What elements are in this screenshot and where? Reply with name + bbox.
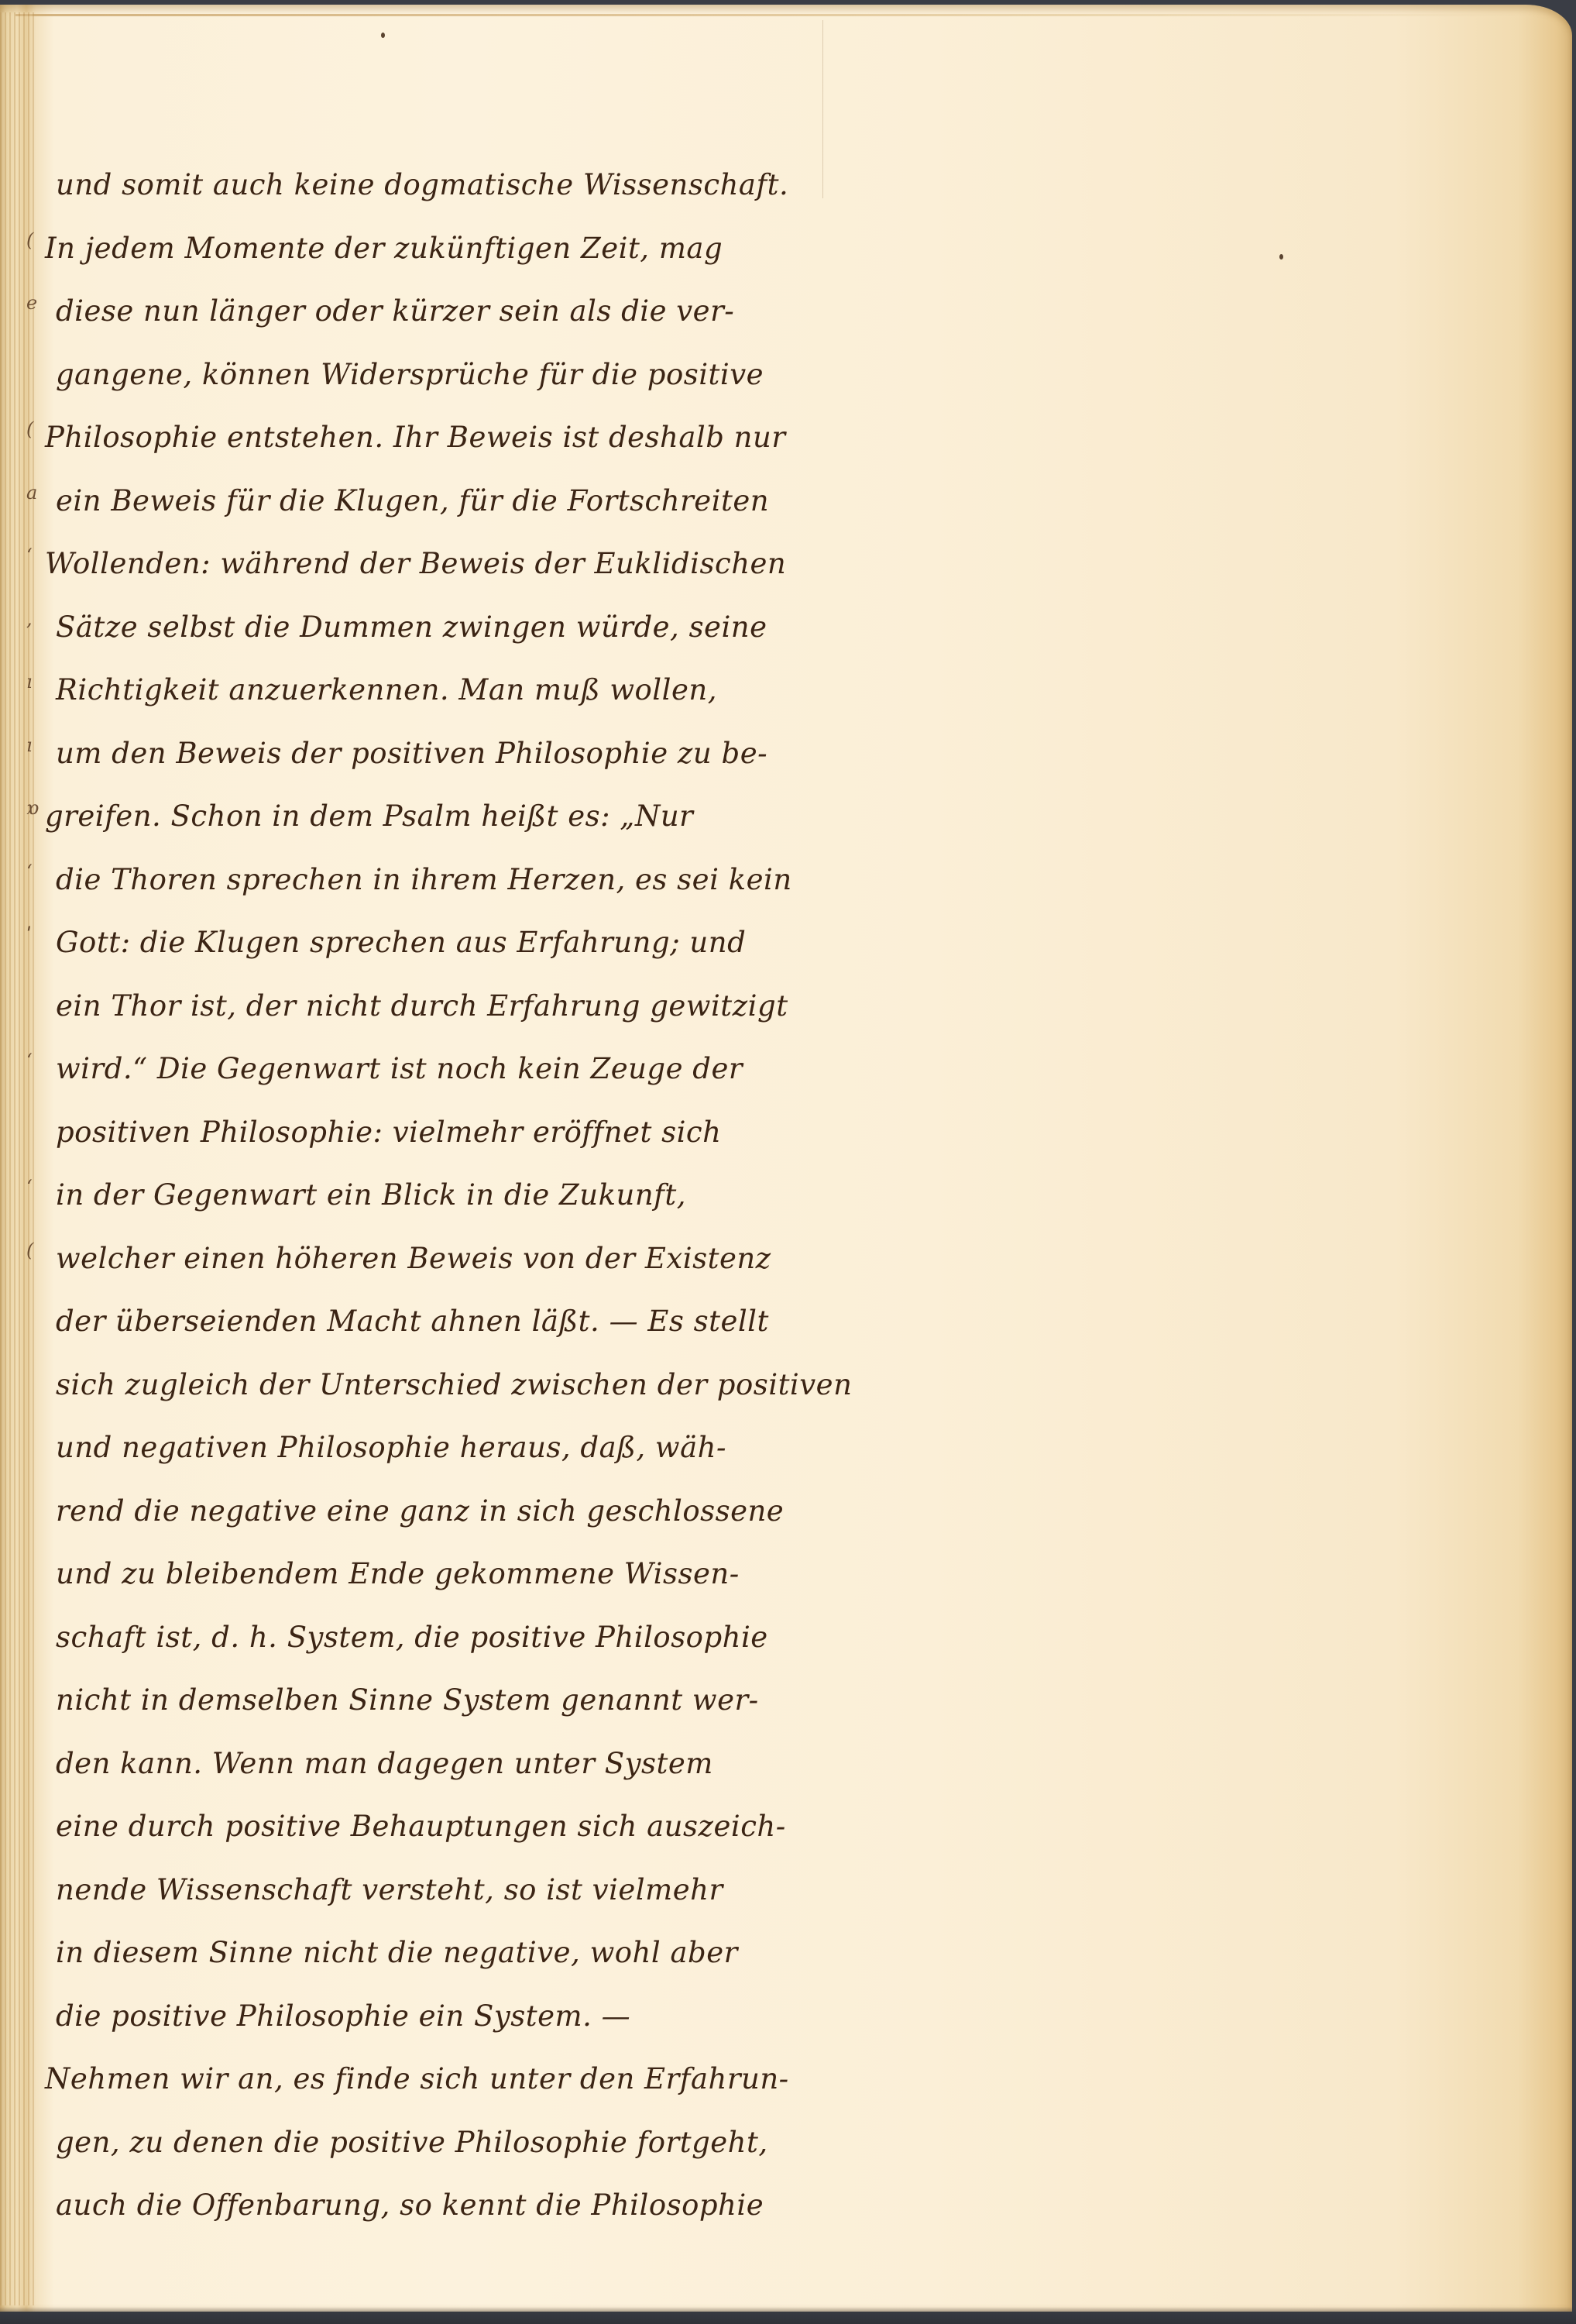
- manuscript-line: die Thoren sprechen in ihrem Herzen, es …: [45, 848, 843, 912]
- manuscript-line: und zu bleibendem Ende gekommene Wissen-: [45, 1542, 843, 1606]
- manuscript-line: ein Beweis für die Klugen, für die Forts…: [45, 469, 843, 533]
- manuscript-line: schaft ist, d. h. System, die positive P…: [45, 1606, 843, 1669]
- manuscript-line: Philosophie entstehen. Ihr Beweis ist de…: [45, 406, 843, 469]
- margin-bleed-mark: ˈ: [26, 923, 32, 945]
- manuscript-line: nicht in demselben Sinne System genannt …: [45, 1669, 843, 1732]
- manuscript-line: rend die negative eine ganz in sich gesc…: [45, 1480, 843, 1543]
- margin-bleed-mark: ,: [26, 608, 33, 630]
- margin-bleed-mark: ‘: [26, 1050, 33, 1071]
- margin-bleed-mark: ‘: [26, 545, 33, 566]
- manuscript-line: um den Beweis der positiven Philosophie …: [45, 722, 843, 786]
- manuscript-line: den kann. Wenn man dagegen unter System: [45, 1732, 843, 1796]
- manuscript-line: die positive Philosophie ein System. —: [45, 1985, 843, 2048]
- margin-bleed-mark: ‘: [26, 1176, 33, 1198]
- manuscript-line: greifen. Schon in dem Psalm heißt es: „N…: [45, 785, 843, 848]
- manuscript-line: eine durch positive Behauptungen sich au…: [45, 1795, 843, 1858]
- manuscript-scan: (e(a‘,ııɒ‘ˈ‘‘( und somit auch keine dogm…: [0, 0, 1576, 2324]
- manuscript-line: nende Wissenschaft versteht, so ist viel…: [45, 1858, 843, 1922]
- manuscript-line: der überseienden Macht ahnen läßt. — Es …: [45, 1290, 843, 1353]
- manuscript-line: und negativen Philosophie heraus, daß, w…: [45, 1416, 843, 1480]
- margin-bleed-mark: ‘: [26, 861, 33, 882]
- manuscript-line: sich zugleich der Unterschied zwischen d…: [45, 1353, 843, 1417]
- manuscript-line: In jedem Momente der zukünftigen Zeit, m…: [45, 217, 843, 280]
- page-spine-edge: [0, 12, 34, 2305]
- manuscript-line: Nehmen wir an, es finde sich unter den E…: [45, 2047, 843, 2111]
- ink-speck: [381, 33, 385, 38]
- manuscript-line: Wollenden: während der Beweis der Euklid…: [45, 532, 843, 596]
- manuscript-line: welcher einen höheren Beweis von der Exi…: [45, 1227, 843, 1291]
- margin-bleed-mark: (: [26, 229, 33, 251]
- manuscript-line: Gott: die Klugen sprechen aus Erfahrung;…: [45, 911, 843, 975]
- manuscript-page: (e(a‘,ııɒ‘ˈ‘‘( und somit auch keine dogm…: [0, 5, 1572, 2312]
- margin-bleed-mark: a: [26, 482, 37, 504]
- ink-speck: [1279, 254, 1283, 260]
- margin-bleed-mark: (: [26, 418, 33, 440]
- manuscript-line: und somit auch keine dogmatische Wissens…: [45, 153, 843, 217]
- handwritten-text-block: und somit auch keine dogmatische Wissens…: [45, 153, 843, 2237]
- manuscript-line: in diesem Sinne nicht die negative, wohl…: [45, 1921, 843, 1985]
- manuscript-line: wird.“ Die Gegenwart ist noch kein Zeuge…: [45, 1037, 843, 1101]
- book-binding-shadow: [0, 2307, 1576, 2324]
- margin-bleed-mark: ı: [26, 734, 33, 756]
- manuscript-line: diese nun länger oder kürzer sein als di…: [45, 280, 843, 343]
- manuscript-line: gangene, können Widersprüche für die pos…: [45, 343, 843, 407]
- manuscript-line: ein Thor ist, der nicht durch Erfahrung …: [45, 975, 843, 1038]
- manuscript-line: gen, zu denen die positive Philosophie f…: [45, 2111, 843, 2174]
- manuscript-line: in der Gegenwart ein Blick in die Zukunf…: [45, 1164, 843, 1227]
- manuscript-line: Sätze selbst die Dummen zwingen würde, s…: [45, 596, 843, 659]
- margin-bleed-mark: (: [26, 1239, 33, 1261]
- manuscript-line: auch die Offenbarung, so kennt die Philo…: [45, 2174, 843, 2237]
- manuscript-line: Richtigkeit anzuerkennen. Man muß wollen…: [45, 658, 843, 722]
- margin-bleed-mark: ɒ: [26, 797, 39, 819]
- margin-bleed-mark: e: [26, 292, 37, 314]
- margin-bleed-mark: ı: [26, 671, 33, 693]
- manuscript-line: positiven Philosophie: vielmehr eröffnet…: [45, 1101, 843, 1164]
